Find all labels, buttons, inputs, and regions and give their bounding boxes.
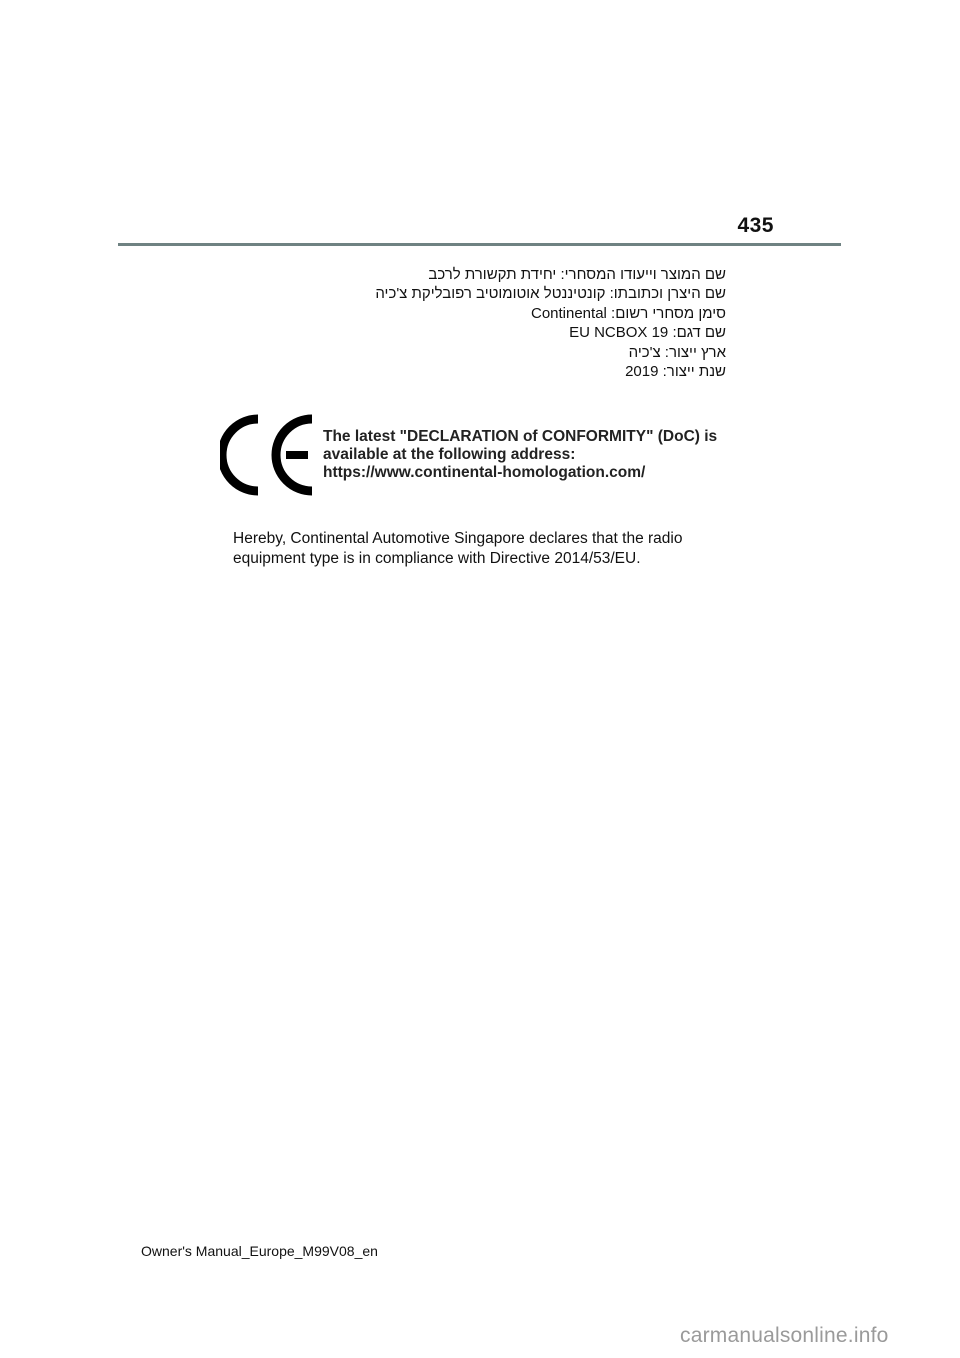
product-name-line: שם המוצר וייעודו המסחרי: יחידת תקשורת לר… — [266, 265, 726, 284]
country-line: ארץ ייצור: צ'כיה — [266, 343, 726, 362]
hebrew-product-info: שם המוצר וייעודו המסחרי: יחידת תקשורת לר… — [266, 265, 726, 381]
trademark-line: סימן מסחרי רשום: Continental — [266, 304, 726, 323]
year-line: שנת ייצור: 2019 — [266, 362, 726, 381]
compliance-declaration: Hereby, Continental Automotive Singapore… — [233, 529, 683, 568]
doc-availability-text: The latest "DECLARATION of CONFORMITY" (… — [323, 428, 717, 482]
page-number: 435 — [700, 214, 774, 238]
footer-manual-id: Owner's Manual_Europe_M99V08_en — [141, 1243, 378, 1259]
doc-url: https://www.continental-homologation.com… — [323, 464, 717, 482]
manufacturer-line: שם היצרן וכתובתו: קונטיננטל אוטומוטיב רפ… — [266, 284, 726, 303]
ce-mark-icon — [220, 413, 316, 497]
header-rule — [118, 243, 841, 246]
doc-line-1: The latest "DECLARATION of CONFORMITY" (… — [323, 428, 717, 446]
model-line: שם דגם: EU NCBOX 19 — [266, 323, 726, 342]
watermark: carmanualsonline.info — [680, 1324, 889, 1348]
doc-line-2: available at the following address: — [323, 446, 717, 464]
declaration-line-2: equipment type is in compliance with Dir… — [233, 549, 683, 569]
declaration-line-1: Hereby, Continental Automotive Singapore… — [233, 529, 683, 549]
